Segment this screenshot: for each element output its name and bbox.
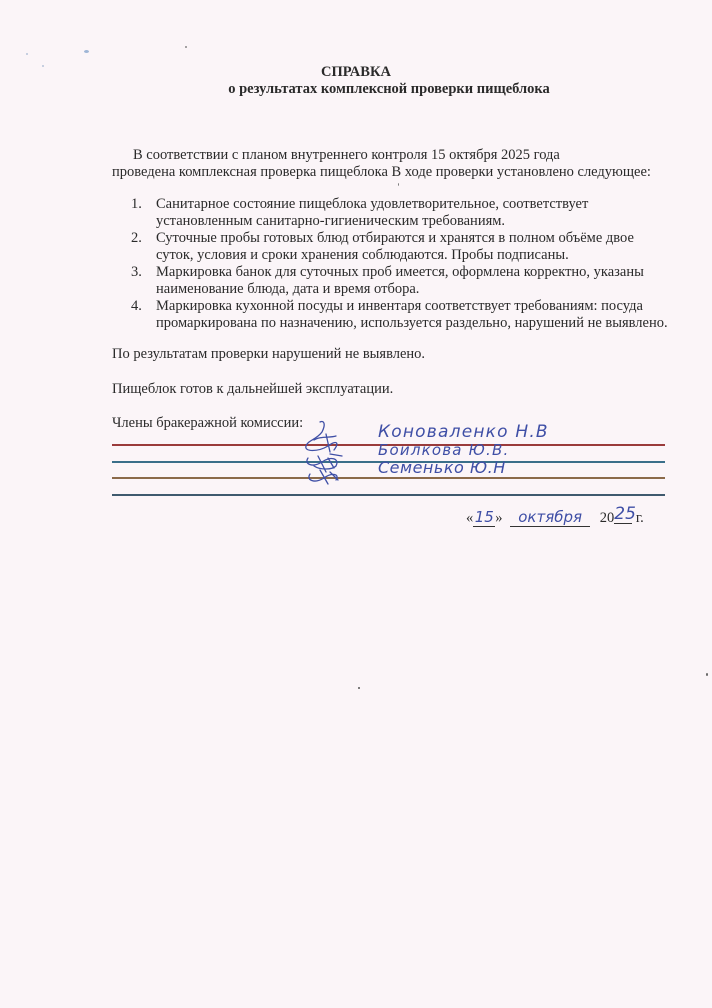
intro-line-2: проведена комплексная проверка пищеблока…: [112, 164, 692, 181]
finding-number: 1.: [131, 196, 142, 213]
date-close-quote: »: [495, 510, 502, 526]
signature-line: [112, 477, 665, 479]
signature-line: [112, 494, 665, 496]
finding-line: промаркирована по назначению, использует…: [156, 315, 668, 331]
finding-line: Суточные пробы готовых блюд отбираются и…: [156, 230, 634, 246]
signing-date: «15» октября 2025 г.: [466, 509, 644, 527]
document-subtitle: о результатах комплексной проверки пищеб…: [0, 81, 712, 98]
conclusion-text: По результатам проверки нарушений не выя…: [112, 346, 425, 363]
finding-line: суток, условия и сроки хранения соблюдаю…: [156, 247, 569, 263]
member-name-3: Семенько Ю.Н: [378, 458, 506, 477]
signature-scribble-icon: [300, 418, 360, 486]
finding-number: 4.: [131, 298, 142, 315]
finding-line: Маркировка кухонной посуды и инвентаря с…: [156, 298, 643, 314]
document-title: СПРАВКА: [0, 64, 712, 81]
scan-speck: [358, 687, 360, 689]
document-page: СПРАВКА о результатах комплексной провер…: [0, 0, 712, 1008]
finding-item: 3. Маркировка банок для суточных проб им…: [112, 264, 682, 298]
member-name-1: Коноваленко Н.В: [378, 422, 549, 442]
intro-line-1: В соответствии с планом внутреннего конт…: [112, 147, 692, 164]
commission-label: Члены бракеражной комиссии:: [112, 415, 303, 432]
scan-speck: [84, 50, 89, 53]
finding-line: наименование блюда, дата и время отбора.: [156, 281, 419, 297]
finding-line: установленным санитарно-гигиеническим тр…: [156, 213, 505, 229]
date-year-suffix-field: 25: [614, 506, 632, 524]
finding-item: 2. Суточные пробы готовых блюд отбираютс…: [112, 230, 682, 264]
date-year-unit: г.: [636, 510, 644, 526]
scan-speck: [398, 183, 399, 186]
scan-speck: [185, 46, 187, 48]
finding-item: 1. Санитарное состояние пищеблока удовле…: [112, 196, 682, 230]
finding-line: Санитарное состояние пищеблока удовлетво…: [156, 196, 588, 212]
member-name-2: Боилкова Ю.В.: [378, 441, 509, 459]
finding-number: 3.: [131, 264, 142, 281]
date-year-prefix: 20: [600, 510, 615, 526]
finding-number: 2.: [131, 230, 142, 247]
finding-line: Маркировка банок для суточных проб имеет…: [156, 264, 644, 280]
findings-list: 1. Санитарное состояние пищеблока удовле…: [112, 196, 682, 332]
date-day-field: 15: [473, 509, 495, 527]
date-month-field: октября: [510, 509, 590, 527]
intro-paragraph: В соответствии с планом внутреннего конт…: [112, 147, 692, 181]
scan-speck: [26, 53, 28, 55]
finding-item: 4. Маркировка кухонной посуды и инвентар…: [112, 298, 682, 332]
readiness-text: Пищеблок готов к дальнейшей эксплуатации…: [112, 381, 393, 398]
scan-speck: [706, 673, 708, 676]
date-open-quote: «: [466, 510, 473, 526]
